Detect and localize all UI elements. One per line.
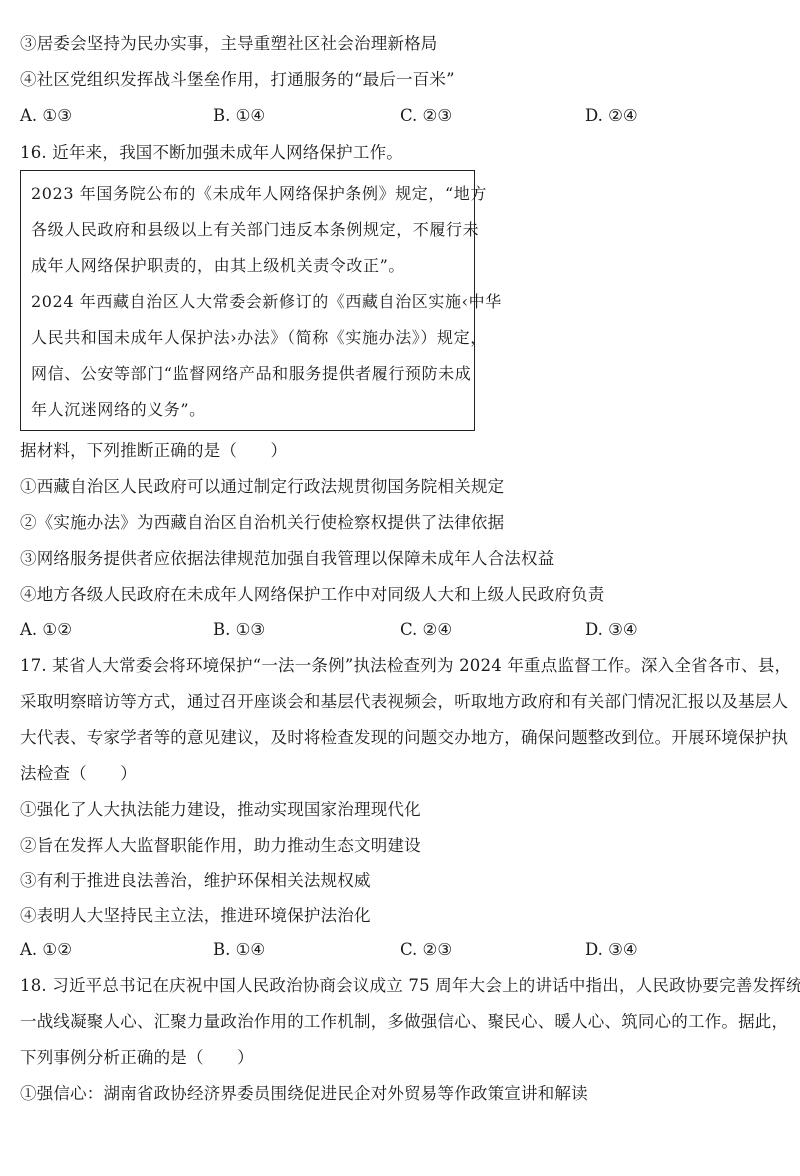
q18-statement-1: ①强信心：湖南省政协经济界委员围绕促进民企对外贸易等作政策宣讲和解读 <box>20 1083 588 1105</box>
q17-option-c[interactable]: C. ②③ <box>400 940 452 959</box>
q16-material-line: 成年人网络保护职责的，由其上级机关责令改正”。 <box>31 255 405 277</box>
q16-option-b[interactable]: B. ①③ <box>213 620 265 639</box>
q16-material-line: 年人沉迷网络的义务”。 <box>31 399 206 421</box>
q17-stem-line: 法检查（ ） <box>20 763 137 785</box>
q15-option-d[interactable]: D. ②④ <box>585 106 638 125</box>
q17-statement-2: ②旨在发挥人大监督职能作用，助力推动生态文明建设 <box>20 835 421 857</box>
q16-statement-1: ①西藏自治区人民政府可以通过制定行政法规贯彻国务院相关规定 <box>20 476 504 498</box>
q15-option-b[interactable]: B. ①④ <box>213 106 265 125</box>
q15-options: A. ①③ B. ①④ C. ②③ D. ②④ <box>20 106 780 128</box>
q15-option-a[interactable]: A. ①③ <box>20 106 72 125</box>
q18-stem-line: 下列事例分析正确的是（ ） <box>20 1047 254 1069</box>
q16-material-box: 2023 年国务院公布的《未成年人网络保护条例》规定，“地方 各级人民政府和县级… <box>20 170 475 431</box>
q17-statement-1: ①强化了人大执法能力建设，推动实现国家治理现代化 <box>20 799 421 821</box>
q16-material-line: 2024 年西藏自治区人大常委会新修订的《西藏自治区实施‹中华 <box>31 291 502 313</box>
q16-option-c[interactable]: C. ②④ <box>400 620 452 639</box>
q15-option-c[interactable]: C. ②③ <box>400 106 452 125</box>
q17-option-d[interactable]: D. ③④ <box>585 940 638 959</box>
q17-stem-line: 采取明察暗访等方式，通过召开座谈会和基层代表视频会，听取地方政府和有关部门情况汇… <box>20 691 788 713</box>
q17-statement-4: ④表明人大坚持民主立法，推进环境保护法治化 <box>20 905 371 927</box>
q18-stem-line: 18. 习近平总书记在庆祝中国人民政治协商会议成立 75 周年大会上的讲话中指出… <box>20 975 800 997</box>
q17-option-b[interactable]: B. ①④ <box>213 940 265 959</box>
q15-statement-3: ③居委会坚持为民办实事，主导重塑社区社会治理新格局 <box>20 33 438 55</box>
q16-material-line: 2023 年国务院公布的《未成年人网络保护条例》规定，“地方 <box>31 183 487 205</box>
q17-stem-line: 大代表、专家学者等的意见建议，及时将检查发现的问题交办地方，确保问题整改到位。开… <box>20 727 788 749</box>
q16-question: 据材料，下列推断正确的是（ ） <box>20 440 287 462</box>
q16-option-d[interactable]: D. ③④ <box>585 620 638 639</box>
q16-material-line: 人民共和国未成年人保护法›办法》（简称《实施办法》）规定， <box>31 327 487 349</box>
q18-stem-line: 一战线凝聚人心、汇聚力量政治作用的工作机制，多做强信心、聚民心、暖人心、筑同心的… <box>20 1011 788 1033</box>
q16-statement-4: ④地方各级人民政府在未成年人网络保护工作中对同级人大和上级人民政府负责 <box>20 584 605 606</box>
q16-option-a[interactable]: A. ①② <box>20 620 72 639</box>
q15-statement-4: ④社区党组织发挥战斗堡垒作用，打通服务的“最后一百米” <box>20 69 455 91</box>
q16-statement-3: ③网络服务提供者应依据法律规范加强自我管理以保障未成年人合法权益 <box>20 548 554 570</box>
q16-material-line: 网信、公安等部门“监督网络产品和服务提供者履行预防未成 <box>31 363 471 385</box>
q16-stem: 16. 近年来，我国不断加强未成年人网络保护工作。 <box>20 142 403 164</box>
q17-options: A. ①② B. ①④ C. ②③ D. ③④ <box>20 940 780 962</box>
q16-material-line: 各级人民政府和县级以上有关部门违反本条例规定，不履行未 <box>31 219 479 241</box>
q16-options: A. ①② B. ①③ C. ②④ D. ③④ <box>20 620 780 642</box>
q17-stem-line: 17. 某省人大常委会将环境保护“一法一条例”执法检查列为 2024 年重点监督… <box>20 655 791 677</box>
q17-statement-3: ③有利于推进良法善治，维护环保相关法规权威 <box>20 870 371 892</box>
q17-option-a[interactable]: A. ①② <box>20 940 72 959</box>
q16-statement-2: ②《实施办法》为西藏自治区自治机关行使检察权提供了法律依据 <box>20 512 504 534</box>
